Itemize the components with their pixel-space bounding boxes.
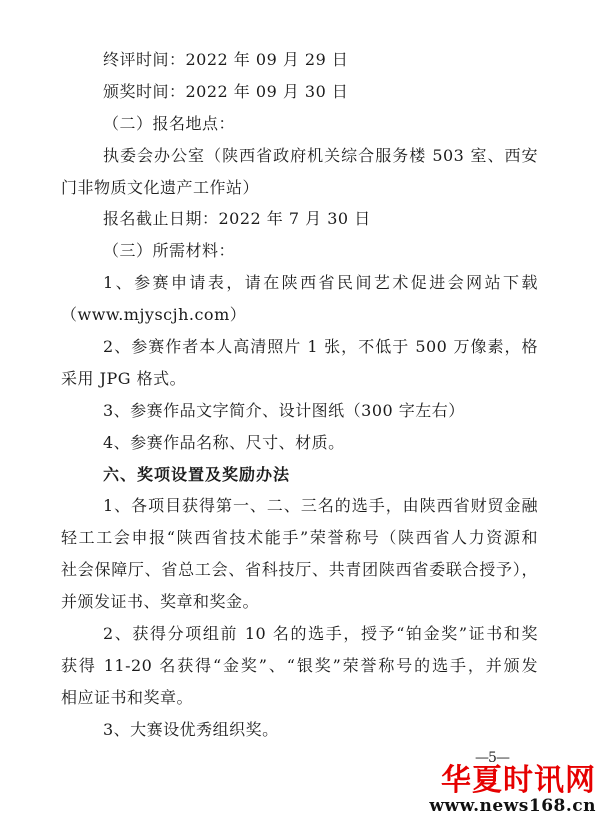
document-line: 颁奖时间：2022 年 09 月 30 日 <box>61 76 538 108</box>
document-line: （三）所需材料： <box>61 235 538 267</box>
document-line: 获得 11-20 名获得“金奖”、“银奖”荣誉称号的选手，并颁发 <box>61 650 538 682</box>
document-line: 采用 JPG 格式。 <box>61 363 538 395</box>
document-line: 2、获得分项组前 10 名的选手，授予“铂金奖”证书和奖章， <box>61 618 538 650</box>
document-line: 执委会办公室（陕西省政府机关综合服务楼 503 室、西安土 <box>61 140 538 172</box>
document-line: 六、奖项设置及奖励办法 <box>61 459 538 491</box>
watermark-site-url: www.news168.cn <box>429 797 596 816</box>
document-line: 社会保障厅、省总工会、省科技厅、共青团陕西省委联合授予）， <box>61 554 538 586</box>
document-line: 并颁发证书、奖章和奖金。 <box>61 586 538 618</box>
document-page: 终评时间：2022 年 09 月 29 日颁奖时间：2022 年 09 月 30… <box>0 0 600 820</box>
document-line: 3、大赛设优秀组织奖。 <box>61 714 538 746</box>
document-line: 3、参赛作品文字简介、设计图纸（300 字左右） <box>61 395 538 427</box>
document-line: （www.mjyscjh.com） <box>61 299 538 331</box>
document-body: 终评时间：2022 年 09 月 29 日颁奖时间：2022 年 09 月 30… <box>61 44 538 746</box>
watermark-site-name: 华夏时讯网 <box>441 766 596 796</box>
document-line: 1、参赛申请表，请在陕西省民间艺术促进会网站下载 <box>61 267 538 299</box>
document-line: 4、参赛作品名称、尺寸、材质。 <box>61 427 538 459</box>
document-line: 2、参赛作者本人高清照片 1 张，不低于 500 万像素，格式 <box>61 331 538 363</box>
document-line: （二）报名地点： <box>61 108 538 140</box>
document-line: 终评时间：2022 年 09 月 29 日 <box>61 44 538 76</box>
document-line: 门非物质文化遗产工作站） <box>61 172 538 204</box>
document-line: 相应证书和奖章。 <box>61 682 538 714</box>
document-line: 1、各项目获得第一、二、三名的选手，由陕西省财贸金融 <box>61 490 538 522</box>
document-line: 报名截止日期：2022 年 7 月 30 日 <box>61 203 538 235</box>
document-line: 轻工工会申报“陕西省技术能手”荣誉称号（陕西省人力资源和 <box>61 522 538 554</box>
